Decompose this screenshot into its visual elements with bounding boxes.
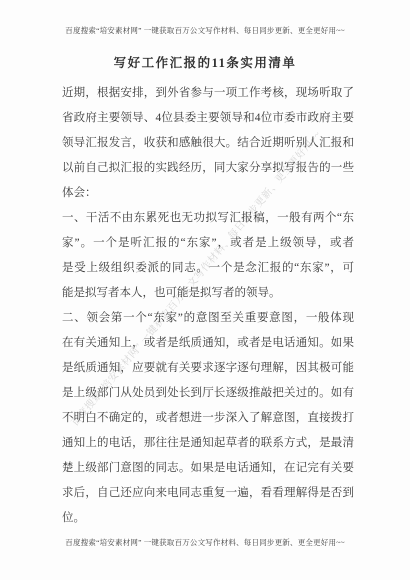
- body-line: 通知上的电话，那往往是通知起草者的联系方式，是最清: [62, 431, 354, 456]
- body-line: 是上级部门从处员到处长到厅长逐级推敲把关过的。如有: [62, 381, 354, 406]
- body-line: 在有关通知上，或者是纸质通知，或者是电话通知。如果: [62, 331, 354, 356]
- body-line: 楚上级部门意图的同志。如果是电话通知，在记完有关要: [62, 456, 354, 481]
- body-line: 二、领会第一个“东家”的意图至关重要意图，一般体现: [62, 306, 354, 331]
- body-line: 一、干活不由东累死也无功拟写汇报稿，一般有两个“东: [62, 206, 354, 231]
- body-line: 家”。一个是听汇报的“东家”，或者是上级领导，或者: [62, 231, 354, 256]
- body-line: 省政府主要领导、4位县委主要领导和4位市委市政府主要: [62, 106, 354, 131]
- body-line: 位。: [62, 506, 354, 531]
- body-line: 求后，自己还应向来电同志重复一遍，看看理解得是否到: [62, 481, 354, 506]
- footer-promo-text: 百度搜索“培安素材网” 一键获取百万公文写作材料、每日同步更新、更全更好用~~: [0, 537, 410, 548]
- body-line: 能是拟写者本人，也可能是拟写者的领导。: [62, 281, 354, 306]
- body-line: 不明白不确定的，或者想进一步深入了解意图，直接拨打: [62, 406, 354, 431]
- document-body: 近期，根据安排，到外省参与一项工作考核，现场听取了 省政府主要领导、4位县委主要…: [62, 81, 354, 531]
- page-title: 写好工作汇报的11条实用清单: [0, 53, 410, 71]
- body-line: 近期，根据安排，到外省参与一项工作考核，现场听取了: [62, 81, 354, 106]
- body-line: 体会：: [62, 181, 354, 206]
- body-line: 是纸质通知，应要就有关要求逐字逐句理解，因其极可能: [62, 356, 354, 381]
- body-line: 领导汇报发言，收获和感触很大。结合近期听别人汇报和: [62, 131, 354, 156]
- document-page: 百度搜索“培安素材网” 一键获取百万公文写作材料、每日同步更新、更全更好用~~ …: [0, 0, 410, 580]
- body-line: 是受上级组织委派的同志。一个是念汇报的“东家”，可: [62, 256, 354, 281]
- header-promo-text: 百度搜索“培安素材网” 一键获取百万公文写作材料、每日同步更新、更全更好用~~: [0, 25, 410, 36]
- body-line: 以前自己拟汇报的实践经历，同大家分享拟写报告的一些: [62, 156, 354, 181]
